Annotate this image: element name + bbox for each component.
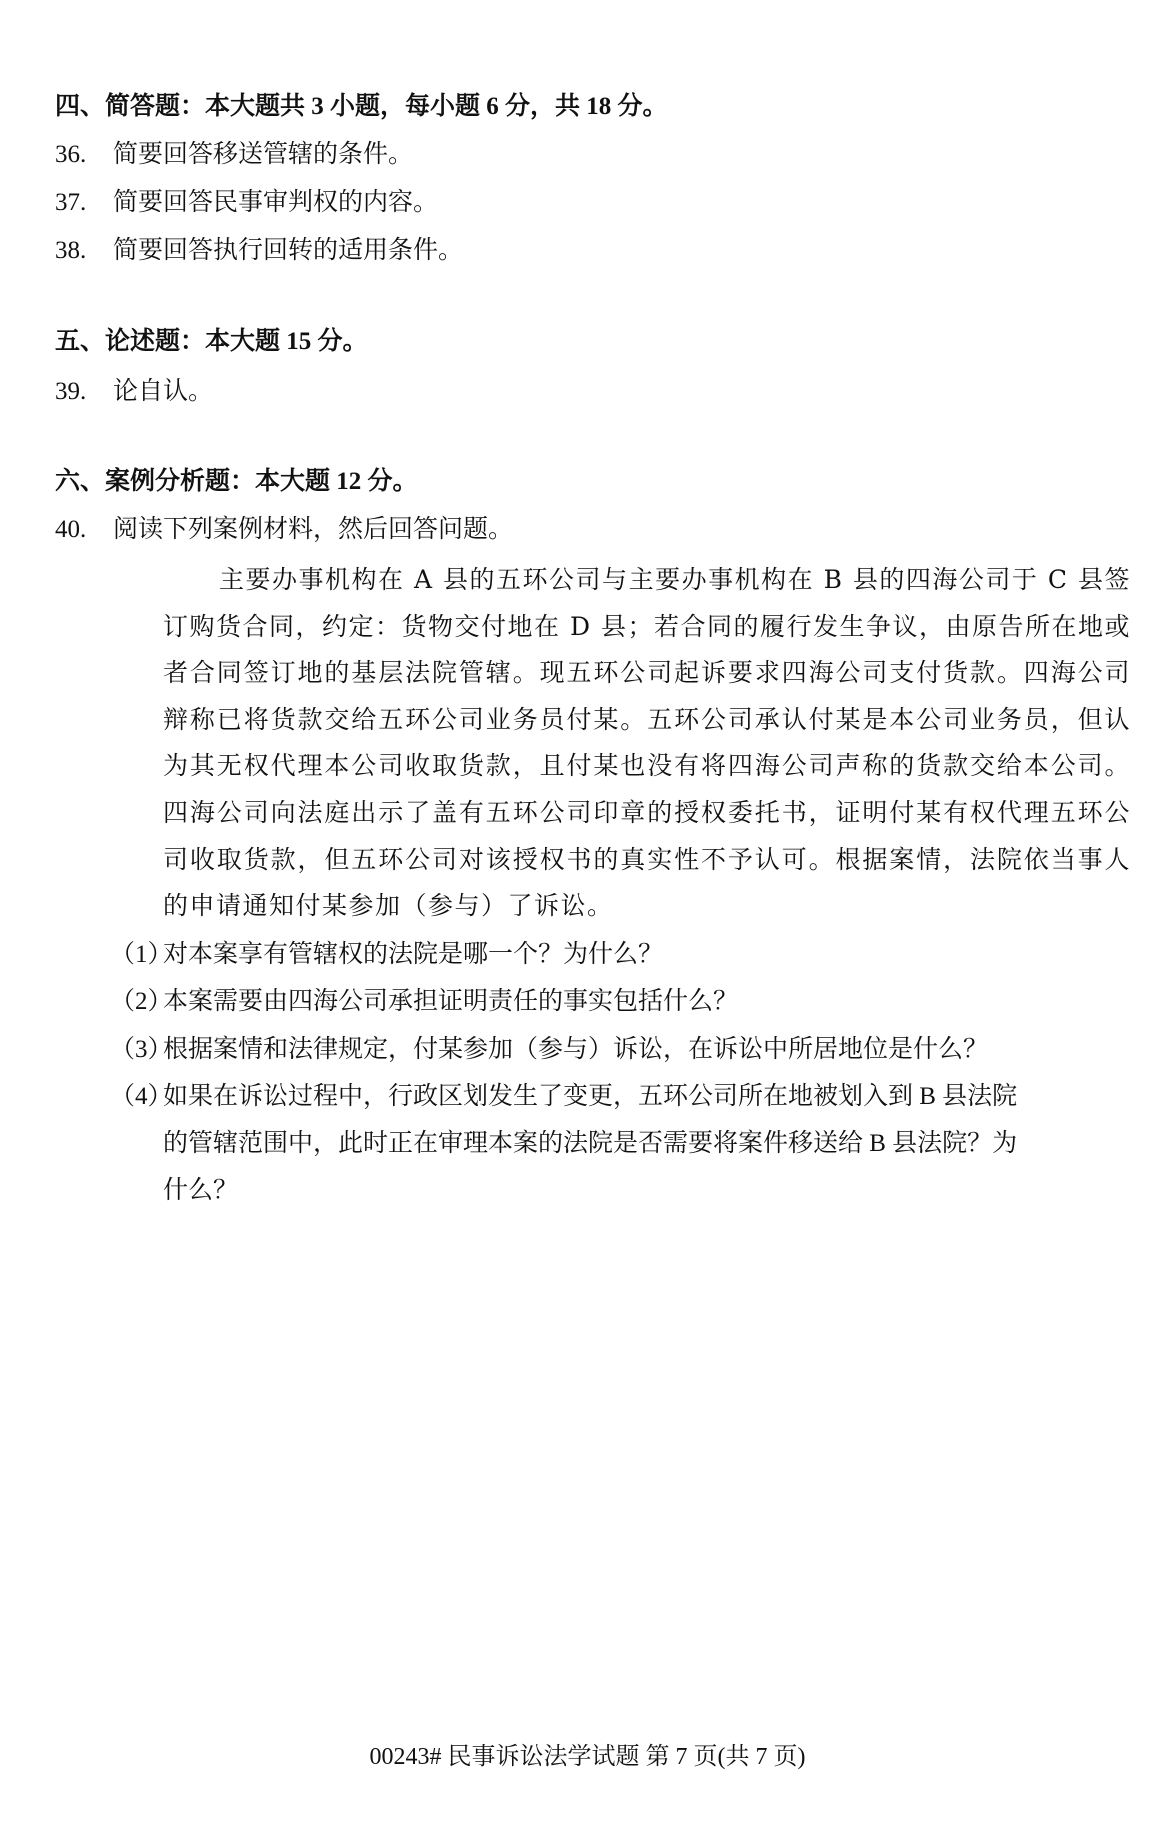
sub-question-text: 本案需要由四海公司承担证明责任的事实包括什么？ <box>163 988 738 1015</box>
sub-question-text: 根据案情和法律规定，付某参加（参与）诉讼，在诉讼中所居地位是什么？ <box>163 1036 988 1063</box>
section-4-heading: 四、简答题：本大题共 3 小题，每小题 6 分，共 18 分。 <box>55 92 668 122</box>
question-text: 简要回答移送管辖的条件。 <box>113 141 413 168</box>
sub-question-3: （3）根据案情和法律规定，付某参加（参与）诉讼，在诉讼中所居地位是什么？ <box>110 1035 988 1065</box>
question-text: 简要回答民事审判权的内容。 <box>113 189 438 216</box>
sub-question-text: 如果在诉讼过程中，行政区划发生了变更，五环公司所在地被划入到 B 县法院 <box>163 1083 1017 1110</box>
sub-question-label: （1） <box>110 940 163 970</box>
sub-question-label: （3） <box>110 1035 163 1065</box>
sub-question-4: （4）如果在诉讼过程中，行政区划发生了变更，五环公司所在地被划入到 B 县法院 <box>110 1082 1017 1112</box>
case-material-paragraph: 主要办事机构在 A 县的五环公司与主要办事机构在 B 县的四海公司于 C 县签订… <box>163 557 1131 930</box>
sub-question-1: （1）对本案享有管辖权的法院是哪一个？为什么？ <box>110 940 663 970</box>
section-5-heading: 五、论述题：本大题 15 分。 <box>55 327 368 357</box>
question-text: 论自认。 <box>113 378 213 405</box>
question-text: 阅读下列案例材料，然后回答问题。 <box>113 516 513 543</box>
question-37: 37.简要回答民事审判权的内容。 <box>55 188 438 218</box>
sub-question-2: （2）本案需要由四海公司承担证明责任的事实包括什么？ <box>110 987 738 1017</box>
question-number: 37. <box>55 188 113 218</box>
question-38: 38.简要回答执行回转的适用条件。 <box>55 236 463 266</box>
sub-question-text: 对本案享有管辖权的法院是哪一个？为什么？ <box>163 941 663 968</box>
question-number: 36. <box>55 140 113 170</box>
sub-question-label: （2） <box>110 987 163 1017</box>
question-39: 39.论自认。 <box>55 377 213 407</box>
question-number: 40. <box>55 515 113 545</box>
question-text: 简要回答执行回转的适用条件。 <box>113 237 463 264</box>
sub-question-label: （4） <box>110 1082 163 1112</box>
section-6-heading: 六、案例分析题：本大题 12 分。 <box>55 467 418 497</box>
sub-question-4-continued: 的管辖范围中，此时正在审理本案的法院是否需要将案件移送给 B 县法院？为 <box>163 1129 1017 1159</box>
page-footer: 00243# 民事诉讼法学试题 第 7 页(共 7 页) <box>0 1742 1175 1772</box>
sub-question-4-continued: 什么？ <box>163 1176 238 1206</box>
question-number: 39. <box>55 377 113 407</box>
question-36: 36.简要回答移送管辖的条件。 <box>55 140 413 170</box>
question-40: 40.阅读下列案例材料，然后回答问题。 <box>55 515 513 545</box>
question-number: 38. <box>55 236 113 266</box>
